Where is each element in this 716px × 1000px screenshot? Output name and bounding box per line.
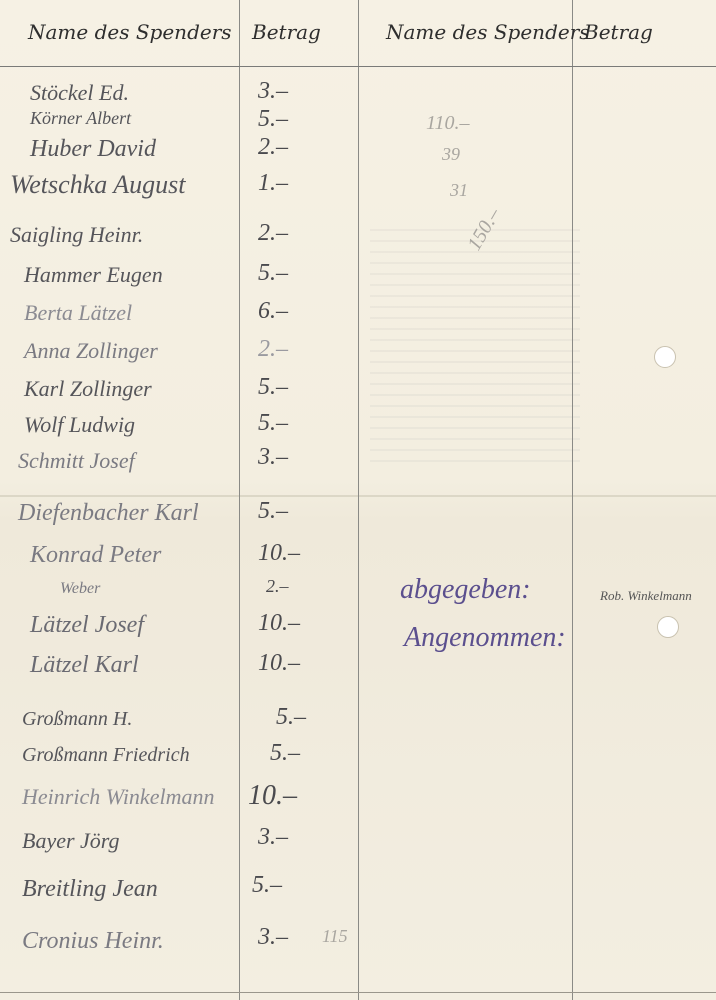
donor-row: Lätzel Josef 10.–: [0, 612, 360, 652]
donor-name: Lätzel Josef: [30, 612, 144, 639]
donor-amount: 2.–: [266, 576, 289, 597]
donor-name: Lätzel Karl: [30, 652, 139, 679]
donor-row: Breitling Jean 5.–: [0, 876, 360, 916]
angenommen-label: Angenommen:: [404, 622, 566, 654]
donor-amount: 5.–: [270, 740, 300, 767]
donor-row: Heinrich Winkelmann 10.–: [0, 784, 360, 824]
donor-amount: 2.–: [258, 336, 288, 363]
donor-amount: 3.–: [258, 78, 288, 105]
donor-amount: 10.–: [248, 780, 297, 812]
donor-amount: 3.–: [258, 444, 288, 471]
donor-name: Schmitt Josef: [18, 448, 135, 474]
header-rule: [0, 66, 716, 67]
donor-row: Wetschka August 1.–: [0, 170, 360, 210]
pencil-tally-3: 31: [450, 180, 468, 201]
donor-amount: 2.–: [258, 134, 288, 161]
donor-row: Großmann Friedrich 5.–: [0, 744, 360, 784]
donor-row: Saigling Heinr. 2.–: [0, 222, 360, 262]
donor-name: Körner Albert: [30, 108, 131, 129]
donor-amount: 6.–: [258, 298, 288, 325]
donor-amount: 5.–: [258, 260, 288, 287]
left-name-header: Name des Spenders: [28, 20, 232, 44]
donor-amount: 5.–: [258, 106, 288, 133]
donor-name: Konrad Peter: [30, 542, 161, 569]
donor-name: Breitling Jean: [22, 876, 158, 903]
donor-name: Weber: [60, 580, 100, 598]
donor-row: Großmann H. 5.–: [0, 708, 360, 748]
donor-name: Hammer Eugen: [24, 262, 163, 288]
donor-amount: 1.–: [258, 170, 288, 197]
donor-amount: 10.–: [258, 540, 300, 567]
donor-row: Lätzel Karl 10.–: [0, 652, 360, 692]
left-amount-header: Betrag: [252, 20, 321, 44]
pencil-tally-2: 39: [442, 144, 460, 165]
donor-row: Hammer Eugen 5.–: [0, 262, 360, 302]
bottom-rule: [0, 992, 716, 993]
bleed-through-text: [370, 220, 580, 470]
donor-name: Berta Lätzel: [24, 300, 132, 326]
right-name-header: Name des Spenders: [386, 20, 590, 44]
donor-name: Großmann Friedrich: [22, 744, 190, 767]
signature: Rob. Winkelmann: [600, 588, 692, 604]
donor-amount: 5.–: [252, 872, 282, 899]
donor-row: Anna Zollinger 2.–: [0, 338, 360, 378]
donor-name: Huber David: [30, 136, 156, 163]
donor-row: Berta Lätzel 6.–: [0, 300, 360, 340]
punch-hole-top: [654, 346, 676, 368]
abgegeben-label: abgegeben:: [400, 574, 531, 606]
donor-name: Stöckel Ed.: [30, 80, 129, 106]
donor-name: Saigling Heinr.: [10, 222, 143, 248]
donor-name: Karl Zollinger: [24, 376, 152, 402]
donor-row: Konrad Peter 10.–: [0, 542, 360, 582]
column-divider-right: [572, 0, 573, 1000]
donor-row: Diefenbacher Karl 5.–: [0, 500, 360, 540]
donor-amount: 10.–: [258, 650, 300, 677]
pencil-tally-1: 110.–: [426, 112, 470, 135]
total-note: 115: [322, 926, 348, 947]
donor-amount: 5.–: [258, 498, 288, 525]
donor-name: Diefenbacher Karl: [18, 500, 199, 527]
donor-name: Cronius Heinr.: [22, 928, 164, 955]
donor-name: Bayer Jörg: [22, 828, 120, 854]
donor-row: Wolf Ludwig 5.–: [0, 412, 360, 452]
punch-hole-bottom: [657, 616, 679, 638]
donor-row: Karl Zollinger 5.–: [0, 376, 360, 416]
donor-amount: 3.–: [258, 924, 288, 951]
donor-amount: 3.–: [258, 824, 288, 851]
donor-name: Wolf Ludwig: [24, 412, 135, 438]
donor-name: Wetschka August: [10, 170, 186, 200]
donor-amount: 5.–: [276, 704, 306, 731]
donor-amount: 2.–: [258, 220, 288, 247]
donor-name: Großmann H.: [22, 708, 132, 731]
donor-amount: 5.–: [258, 410, 288, 437]
donor-row: Cronius Heinr. 3.–: [0, 928, 360, 968]
right-amount-header: Betrag: [584, 20, 653, 44]
donor-row: Bayer Jörg 3.–: [0, 828, 360, 868]
donor-row: Schmitt Josef 3.–: [0, 448, 360, 488]
donor-amount: 5.–: [258, 374, 288, 401]
document-page: Name des Spenders Betrag Name des Spende…: [0, 0, 716, 1000]
donor-amount: 10.–: [258, 610, 300, 637]
donor-name: Heinrich Winkelmann: [22, 784, 214, 810]
donor-name: Anna Zollinger: [24, 338, 158, 364]
